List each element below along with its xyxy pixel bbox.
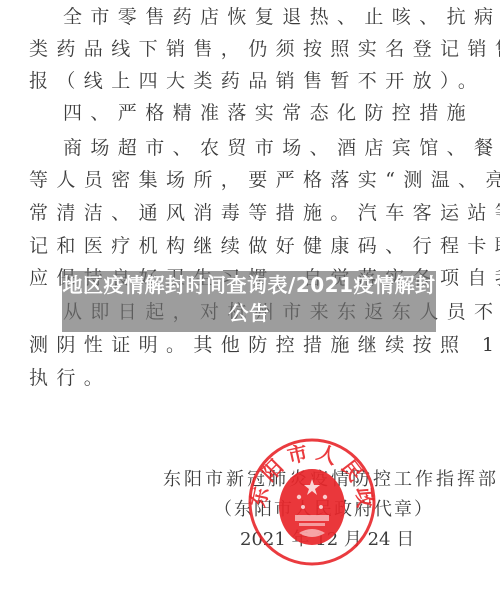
section-heading: 四、严格精准落实常态化防控措施 xyxy=(63,101,474,125)
paragraph-line: 测阴性证明。其他防控措施继续按照 12 号通告、13 号通告 xyxy=(29,333,500,357)
official-seal-stamp-icon: 东阳市人民政府 xyxy=(247,437,377,567)
paragraph-line: 类药品线下销售，仍须按照实名登记销售要求做好监测和上 xyxy=(29,37,500,61)
paragraph-line: 等人员密集场所，要严格落实“测温、亮码、戴口罩”和日 xyxy=(29,168,500,192)
paragraph-line: 商场超市、农贸市场、酒店宾馆、餐饮服务、旅游景区 xyxy=(63,136,500,160)
paragraph-line: 记和医疗机构继续做好健康码、行程卡联动核查。广大市民 xyxy=(29,234,500,258)
paragraph-line: 常清洁、通风消毒等措施。汽车客运站等交通枢纽、住宿登 xyxy=(29,201,500,225)
banner-title: 地区疫情解封时间查询表/2021疫情解封公告 xyxy=(62,271,436,327)
paragraph-line: 全市零售药店恢复退热、止咳、抗病毒、抗菌素等四大 xyxy=(63,5,500,29)
paragraph-line: 报（线上四大类药品销售暂不开放）。 xyxy=(29,69,485,93)
paragraph-line: 执行。 xyxy=(29,366,111,390)
